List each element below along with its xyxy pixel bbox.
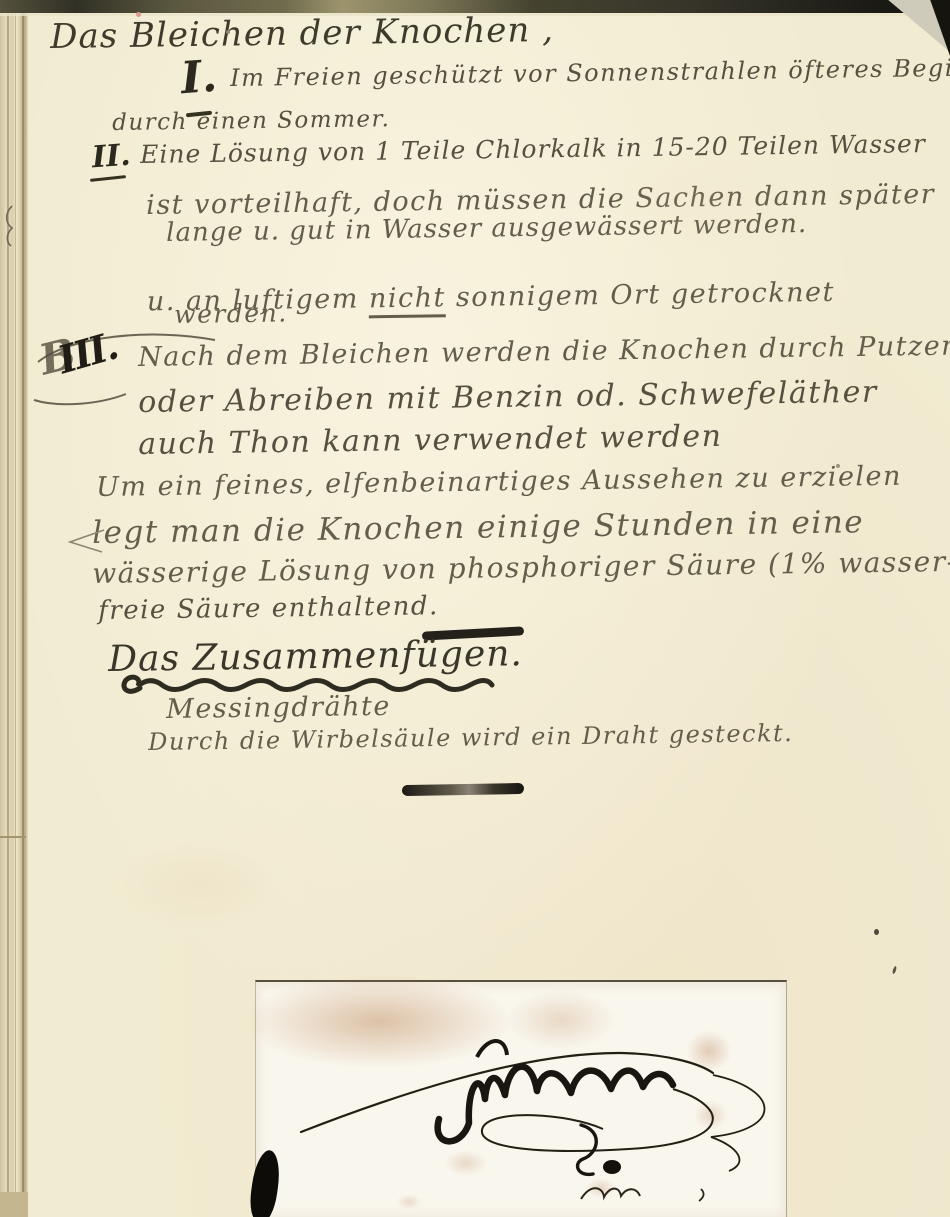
- page-title: Das Bleichen der Knochen ,: [50, 13, 554, 54]
- assembly-line-1: Messingdrähte: [166, 693, 391, 723]
- binding-line-1: [7, 0, 9, 1217]
- line-II-3: lange u. gut in Wasser ausgewässert werd…: [166, 211, 807, 246]
- pencil-check-mark: [66, 528, 106, 558]
- signature-flourish: [281, 997, 761, 1207]
- section-marker-I: I.: [180, 55, 219, 101]
- pink-speck: [136, 12, 141, 17]
- page-speck-1: [226, 30, 230, 34]
- line-III-3: auch Thon kann verwendet werden: [138, 422, 723, 460]
- line-III-2: oder Abreiben mit Benzin od. Schwefeläth…: [138, 378, 878, 418]
- underlined-word-nicht: nicht: [369, 282, 446, 318]
- line-II-1: Eine Lösung von 1 Teile Chlorkalk in 15-…: [140, 131, 926, 167]
- page-speck-4: [836, 464, 840, 468]
- binding-line-3: [22, 0, 24, 1217]
- assembly-line-2: Durch die Wirbelsäule wird ein Draht ges…: [148, 721, 793, 754]
- paragraph-line-4: freie Säure enthaltend.: [98, 593, 439, 624]
- page-stain-1: [120, 840, 280, 930]
- ink-rule-2: [402, 783, 524, 796]
- paragraph-line-2: legt man die Knochen einige Stunden in e…: [92, 507, 864, 549]
- line-I-1: Im Freien geschützt vor Sonnenstrahlen ö…: [230, 55, 950, 90]
- line-I-2: durch einen Sommer.: [112, 108, 390, 135]
- binding-line-2: [15, 0, 16, 1217]
- page-speck-3: [892, 966, 897, 975]
- page-speck-2: [874, 929, 879, 935]
- binding-bottom-patch: [0, 1192, 28, 1217]
- binding-crack: [0, 836, 26, 838]
- paragraph-line-1: Um ein feines, elfenbeinartiges Aussehen…: [96, 463, 902, 501]
- section-marker-II: II.: [91, 141, 132, 174]
- margin-squiggle: [2, 204, 18, 248]
- marker-II-underline: [90, 175, 126, 182]
- ink-blob: [247, 1149, 283, 1217]
- signature-card: [255, 980, 787, 1217]
- paragraph-line-3: wässerige Lösung von phosphoriger Säure …: [92, 548, 950, 588]
- manuscript-page: Das Bleichen der Knochen , I. Im Freien …: [0, 0, 950, 1217]
- line-II-4-post: sonnigem Ort getrocknet: [446, 277, 835, 313]
